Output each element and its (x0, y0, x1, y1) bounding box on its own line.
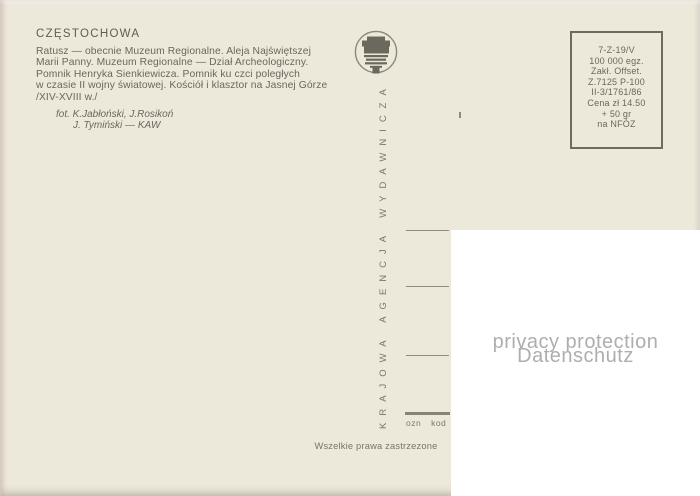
print-info-line: Zakł. Offset. (572, 66, 661, 77)
address-rule-line (406, 286, 449, 287)
print-artifact-mark (459, 112, 461, 118)
postcard-title: CZĘSTOCHOWA (36, 28, 140, 40)
address-rule-line (406, 355, 449, 356)
rights-notice: Wszelkie prawa zastrzezone (303, 441, 449, 451)
print-info-box: 7-Z-19/V 100 000 egz. Zakł. Offset. Z.71… (570, 31, 663, 149)
print-info-line: 7-Z-19/V (572, 45, 661, 56)
description-line: w czasie II wojny światowej. Kościół i k… (36, 80, 344, 91)
postal-code-rule (405, 412, 450, 415)
print-info-line: + 50 gr (572, 109, 661, 120)
publisher-vertical-text: KRAJOWA AGENCJA WYDAWNICZA (378, 80, 390, 429)
privacy-overlay: privacy protection Datenschutz (451, 230, 700, 496)
privacy-overlay-line2: Datenschutz (451, 349, 700, 363)
photo-credits: fot. K.Jabłoński, J.Rosikoń J. Tymiński … (56, 109, 173, 131)
description-line: Pomnik Henryka Sienkiewicza. Pomnik ku c… (36, 69, 344, 80)
description-line: Ratusz — obecnie Muzeum Regionalne. Alej… (36, 46, 344, 57)
print-info-line: Z.7125 P-100 (572, 77, 661, 88)
postcard-description: Ratusz — obecnie Muzeum Regionalne. Alej… (36, 46, 344, 103)
print-info-line: na NFÓZ (572, 119, 661, 130)
credit-line: fot. K.Jabłoński, J.Rosikoń (56, 109, 173, 120)
credit-line: J. Tymiński — KAW (73, 120, 173, 131)
description-line: Marii Panny. Muzeum Regionalne — Dział A… (36, 57, 344, 68)
address-rule-line (406, 230, 449, 231)
print-info-line: II-3/1761/86 (572, 87, 661, 98)
postcard-back: CZĘSTOCHOWA Ratusz — obecnie Muzeum Regi… (0, 0, 700, 496)
print-info-line: 100 000 egz. (572, 56, 661, 67)
description-line: /XIV-XVIII w./ (36, 92, 344, 103)
print-info-line: Cena zł 14.50 (572, 98, 661, 109)
kaw-tree-logo-icon (354, 30, 398, 74)
postal-code-label: ozn kod (406, 418, 446, 428)
